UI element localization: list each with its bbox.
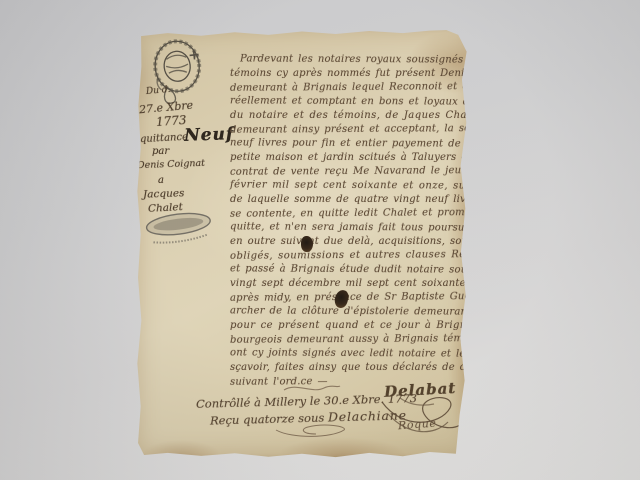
- manuscript-line: quitte, et n'en sera jamais fait tous po…: [230, 220, 466, 235]
- margin-amount-word: Neuf: [184, 124, 235, 146]
- manuscript-line: réellement et comptant en bons et loyaux…: [230, 94, 466, 109]
- ink-blot: [301, 236, 313, 252]
- manuscript-body: Pardevant les notaires royaux soussignés…: [230, 53, 466, 389]
- manuscript-line: contrat de vente reçu Me Navarand le jeu…: [230, 164, 466, 180]
- oval-collection-stamp-icon: [142, 208, 218, 251]
- margin-date-year: 1773: [156, 113, 187, 129]
- second-signature: Roque: [398, 417, 437, 433]
- margin-payer-name: Denis Coignat: [137, 158, 205, 171]
- manuscript-line: de laquelle somme de quatre vingt neuf l…: [230, 193, 466, 207]
- manuscript-line: obligés, soumissions et autres clauses R…: [230, 248, 466, 264]
- manuscript-line: et passé à Brignais étude dudit notaire …: [230, 262, 466, 277]
- manuscript-line: témoins cy après nommés fut présent Deni…: [230, 67, 466, 81]
- manuscript-line: archer de la clôture d'épistolerie demeu…: [230, 304, 466, 319]
- manuscript-paper: Du d. 27.e Xbre 1773 quittance Neuf par …: [134, 28, 470, 458]
- margin-to-label: a: [158, 175, 164, 186]
- fee-signature-flourish-icon: [272, 422, 352, 440]
- photograph-of-manuscript: Du d. 27.e Xbre 1773 quittance Neuf par …: [0, 0, 640, 480]
- manuscript-line: du notaire et des témoins, de Jaques Cha…: [230, 109, 466, 123]
- manuscript-line: février mil sept cent soixante et onze, …: [230, 178, 466, 193]
- margin-by-label: par: [152, 146, 169, 157]
- manuscript-line: neuf livres pour fin et entier payement …: [230, 136, 466, 151]
- margin-payee-first-name: Jacques: [143, 187, 185, 200]
- manuscript-line: ont cy joints signés avec ledit notaire …: [230, 346, 466, 361]
- manuscript-line: vingt sept décembre mil sept cent soixan…: [230, 277, 466, 291]
- manuscript-line: demeurant ainsy présent et acceptant, la…: [230, 122, 466, 138]
- manuscript-line: Pardevant les notaires royaux soussignés…: [230, 52, 466, 67]
- manuscript-line: sçavoir, faites ainsy que tous déclarés …: [230, 361, 466, 375]
- margin-doc-type: quittance: [140, 132, 189, 145]
- margin-note-top: Du d.: [146, 85, 171, 97]
- manuscript-line: se contente, en quitte ledit Chalet et p…: [230, 206, 466, 222]
- manuscript-line: en outre suivant due delà, acquisitions,…: [230, 235, 466, 249]
- manuscript-line: demeurant à Brignais lequel Reconnoit et…: [230, 80, 466, 96]
- manuscript-line: bourgeois demeurant aussy à Brignais tém…: [230, 332, 466, 348]
- manuscript-line: petite maison et jardin scitués à Taluye…: [230, 151, 466, 165]
- manuscript-line: pour ce présent quand et ce jour à Brign…: [230, 319, 466, 333]
